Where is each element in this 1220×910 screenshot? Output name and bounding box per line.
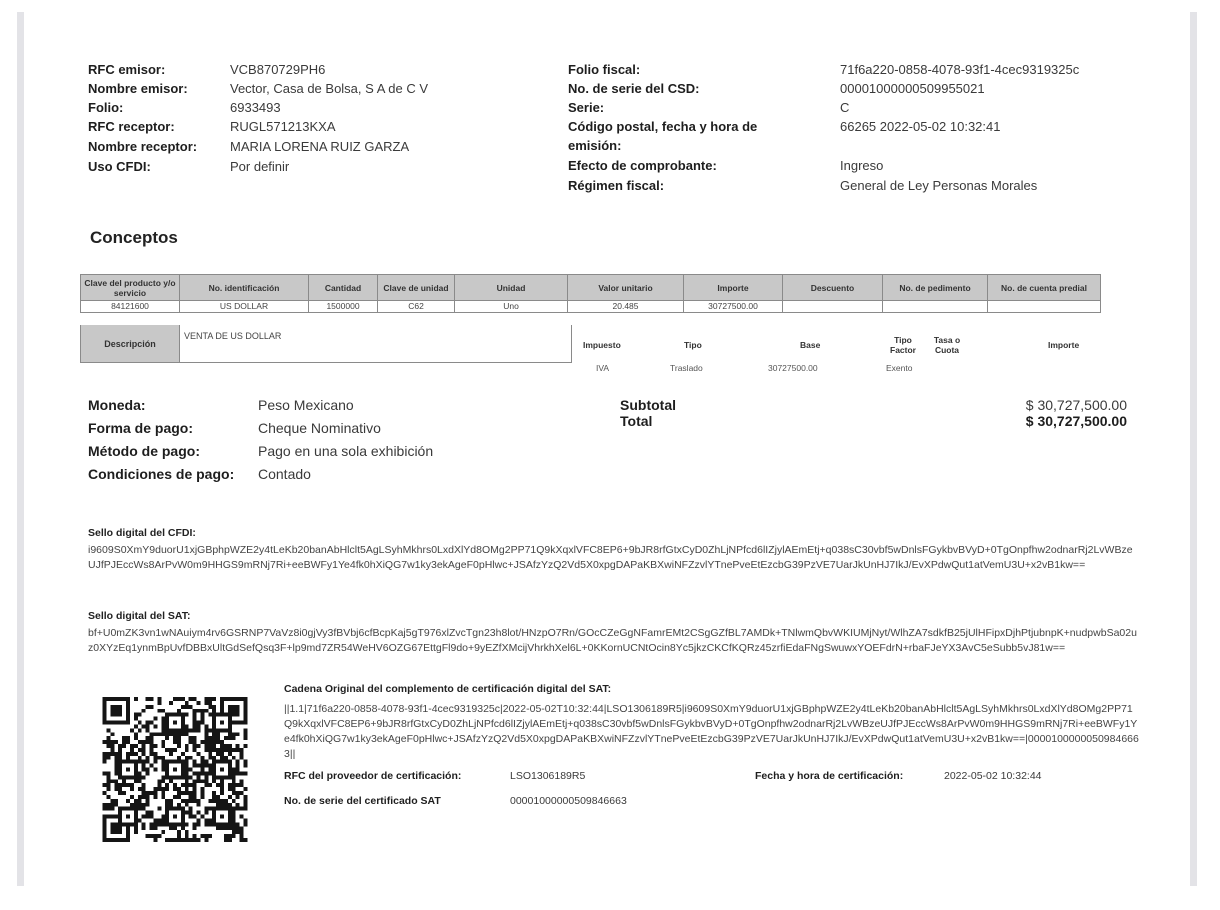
forma-pago-value: Cheque Nominativo (258, 418, 381, 438)
condiciones-pago-label: Condiciones de pago: (88, 464, 234, 484)
sello-sat-text: bf+U0mZK3vn1wNAuiym4rv6GSRNP7VaVz8i0gjVy… (88, 626, 1138, 656)
folio-fiscal-label: Folio fiscal: (568, 60, 640, 79)
cadena-original-title: Cadena Original del complemento de certi… (284, 683, 611, 695)
col-cantidad: Cantidad (309, 275, 378, 301)
serie-csd-label: No. de serie del CSD: (568, 79, 699, 98)
sello-sat-title: Sello digital del SAT: (88, 610, 190, 622)
descripcion-box: Descripción VENTA DE US DOLLAR (80, 325, 572, 363)
efecto-label: Efecto de comprobante: (568, 156, 717, 175)
tax-tipo: Traslado (670, 363, 703, 373)
folio-fiscal-value: 71f6a220-0858-4078-93f1-4cec9319325c (840, 60, 1079, 79)
tax-header-importe: Importe (1048, 340, 1079, 350)
uso-cfdi-label: Uso CFDI: (88, 157, 151, 176)
moneda-value: Peso Mexicano (258, 395, 354, 415)
forma-pago-label: Forma de pago: (88, 418, 193, 438)
col-cuenta-predial: No. de cuenta predial (988, 275, 1101, 301)
condiciones-pago-value: Contado (258, 464, 311, 484)
conceptos-header-row: Clave del producto y/o servicio No. iden… (81, 275, 1101, 301)
tax-header-tipo: Tipo (684, 340, 702, 350)
rfc-receptor-value: RUGL571213KXA (230, 117, 336, 136)
col-clave-producto: Clave del producto y/o servicio (81, 275, 180, 301)
table-row: 84121600 US DOLLAR 1500000 C62 Uno 20.48… (81, 301, 1101, 313)
cell-unidad: Uno (455, 301, 568, 313)
conceptos-table: Clave del producto y/o servicio No. iden… (80, 274, 1101, 313)
nombre-emisor-label: Nombre emisor: (88, 79, 188, 98)
cell-no-identificacion: US DOLLAR (180, 301, 309, 313)
fecha-certificacion-value: 2022-05-02 10:32:44 (944, 770, 1042, 782)
cell-cantidad: 1500000 (309, 301, 378, 313)
cell-clave-producto: 84121600 (81, 301, 180, 313)
page-scrollbar[interactable] (1190, 12, 1197, 886)
uso-cfdi-value: Por definir (230, 157, 289, 176)
serie-label: Serie: (568, 98, 604, 117)
efecto-value: Ingreso (840, 156, 883, 175)
nombre-receptor-value: MARIA LORENA RUIZ GARZA (230, 137, 409, 156)
col-importe: Importe (684, 275, 783, 301)
rfc-receptor-label: RFC receptor: (88, 117, 175, 136)
cell-pedimento (883, 301, 988, 313)
cell-importe: 30727500.00 (684, 301, 783, 313)
regimen-label: Régimen fiscal: (568, 176, 664, 195)
fecha-certificacion-label: Fecha y hora de certificación: (755, 770, 903, 782)
descripcion-label: Descripción (81, 325, 180, 362)
cadena-original-text: ||1.1|71f6a220-0858-4078-93f1-4cec931932… (284, 702, 1140, 762)
conceptos-title: Conceptos (90, 228, 178, 248)
tax-header-tipo-factor: Tipo Factor (886, 335, 920, 355)
moneda-label: Moneda: (88, 395, 146, 415)
codigo-postal-label: Código postal, fecha y hora de (568, 117, 757, 136)
tax-tipo-factor: Exento (886, 363, 912, 373)
rfc-proveedor-label: RFC del proveedor de certificación: (284, 770, 461, 782)
total-value: $ 30,727,500.00 (1010, 413, 1127, 429)
qr-code-icon (100, 697, 250, 842)
page-edge-left (17, 12, 24, 886)
total-label: Total (620, 413, 652, 429)
col-pedimento: No. de pedimento (883, 275, 988, 301)
metodo-pago-value: Pago en una sola exhibición (258, 441, 433, 461)
sello-cfdi-text: i9609S0XmY9duorU1xjGBphpWZE2y4tLeKb20ban… (88, 543, 1138, 573)
codigo-postal-value: 66265 2022-05-02 10:32:41 (840, 117, 1000, 136)
col-clave-unidad: Clave de unidad (378, 275, 455, 301)
tax-header-impuesto: Impuesto (583, 340, 621, 350)
folio-value: 6933493 (230, 98, 281, 117)
regimen-value: General de Ley Personas Morales (840, 176, 1037, 195)
rfc-emisor-value: VCB870729PH6 (230, 60, 325, 79)
cell-clave-unidad: C62 (378, 301, 455, 313)
col-unidad: Unidad (455, 275, 568, 301)
metodo-pago-label: Método de pago: (88, 441, 200, 461)
subtotal-value: $ 30,727,500.00 (1010, 397, 1127, 413)
nombre-emisor-value: Vector, Casa de Bolsa, S A de C V (230, 79, 428, 98)
serie-certificado-value: 00001000000509846663 (510, 795, 627, 807)
rfc-proveedor-value: LSO1306189R5 (510, 770, 585, 782)
tax-base: 30727500.00 (768, 363, 818, 373)
codigo-postal-label-cont: emisión: (568, 136, 621, 155)
folio-label: Folio: (88, 98, 123, 117)
rfc-emisor-label: RFC emisor: (88, 60, 165, 79)
nombre-receptor-label: Nombre receptor: (88, 137, 197, 156)
cell-valor-unitario: 20.485 (568, 301, 684, 313)
descripcion-value: VENTA DE US DOLLAR (184, 331, 281, 341)
col-descuento: Descuento (783, 275, 883, 301)
tax-header-base: Base (800, 340, 820, 350)
tax-impuesto: IVA (596, 363, 609, 373)
sello-cfdi-title: Sello digital del CFDI: (88, 527, 196, 539)
col-valor-unitario: Valor unitario (568, 275, 684, 301)
cell-descuento (783, 301, 883, 313)
cell-cuenta-predial (988, 301, 1101, 313)
serie-csd-value: 00001000000509955021 (840, 79, 985, 98)
col-no-identificacion: No. identificación (180, 275, 309, 301)
subtotal-label: Subtotal (620, 397, 676, 413)
tax-header-tasa-cuota: Tasa o Cuota (930, 335, 964, 355)
serie-certificado-label: No. de serie del certificado SAT (284, 795, 441, 807)
serie-value: C (840, 98, 849, 117)
